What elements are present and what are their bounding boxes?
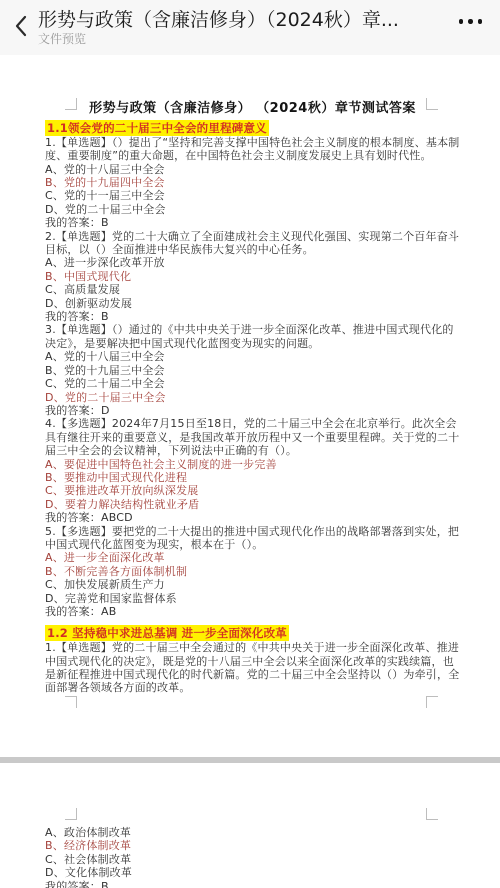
option-line: D、党的二十届三中全会: [45, 203, 460, 216]
section-heading-1-2: 1.2 坚持稳中求进总基调 进一步全面深化改革: [45, 625, 460, 641]
ellipsis-icon: [459, 19, 483, 24]
question-kind: 【多选题】: [56, 417, 112, 430]
option-line: D、文化体制改革: [45, 866, 460, 879]
my-answer-line: 我的答案：D: [45, 404, 460, 417]
file-preview-screen: 形势与政策（含廉洁修身）（2024秋）章... 文件预览 形势与政策（含廉洁修身…: [0, 0, 500, 888]
option-line-answer: B、中国式现代化: [45, 270, 460, 283]
option-line-answer: A、要促进中国特色社会主义制度的进一步完善: [45, 458, 460, 471]
question-number: 5.: [45, 525, 56, 538]
question-stem: 5.【多选题】要把党的二十大提出的推进中国式现代化作出的战略部署落到实处，把中国…: [45, 525, 460, 552]
question-block: 3.【单选题】（）通过的《中共中央关于进一步全面深化改革、推进中国式现代化的决定…: [45, 323, 460, 417]
question-block: 1.【单选题】党的二十届三中全会通过的《中共中央关于进一步全面深化改革、推进中国…: [45, 641, 460, 695]
option-line: C、社会体制改革: [45, 853, 460, 866]
app-bar: 形势与政策（含廉洁修身）（2024秋）章... 文件预览: [0, 0, 500, 55]
my-answer-line: 我的答案：ABCD: [45, 511, 460, 524]
option-line: A、党的十八届三中全会: [45, 163, 460, 176]
option-line: A、政治体制改革: [45, 826, 460, 839]
doc-page-2: A、政治体制改革 B、经济体制改革 C、社会体制改革 D、文化体制改革 我的答案…: [45, 826, 460, 888]
my-answer-line: 我的答案：B: [45, 216, 460, 229]
option-line-answer: B、要推动中国式现代化进程: [45, 471, 460, 484]
question-stem: 3.【单选题】（）通过的《中共中央关于进一步全面深化改革、推进中国式现代化的决定…: [45, 323, 460, 350]
question-stem: 1.【单选题】（）提出了“坚持和完善支撑中国特色社会主义制度的根本制度、基本制度…: [45, 136, 460, 163]
page-margin-mark: [65, 808, 77, 820]
question-block: 1.【单选题】（）提出了“坚持和完善支撑中国特色社会主义制度的根本制度、基本制度…: [45, 136, 460, 230]
question-stem: 1.【单选题】党的二十届三中全会通过的《中共中央关于进一步全面深化改革、推进中国…: [45, 641, 460, 695]
title-block: 形势与政策（含廉洁修身）（2024秋）章... 文件预览: [38, 9, 399, 46]
option-line-answer: A、进一步全面深化改革: [45, 551, 460, 564]
page-separator: [0, 757, 500, 763]
my-answer-line: 我的答案：B: [45, 880, 460, 888]
option-line-answer: B、经济体制改革: [45, 839, 460, 852]
option-line: C、高质量发展: [45, 283, 460, 296]
section-heading-text: 1.2 坚持稳中求进总基调 进一步全面深化改革: [45, 625, 289, 641]
option-line-answer: D、党的二十届三中全会: [45, 391, 460, 404]
option-line-answer: C、要推进改革开放向纵深发展: [45, 484, 460, 497]
option-line-answer: B、不断完善各方面体制机制: [45, 565, 460, 578]
question-number: 4.: [45, 417, 56, 430]
question-block: 4.【多选题】2024年7月15日至18日，党的二十届三中全会在北京举行。此次全…: [45, 417, 460, 524]
question-kind: 【单选题】: [56, 641, 112, 654]
question-number: 3.: [45, 323, 56, 336]
question-kind: 【多选题】: [56, 525, 112, 538]
section-heading-1-1: 1.1领会党的二十届三中全会的里程碑意义: [45, 120, 460, 136]
my-answer-line: 我的答案：AB: [45, 605, 460, 618]
doc-title: 形势与政策（含廉洁修身） （2024秋）章节测试答案: [45, 100, 460, 117]
page-margin-mark: [426, 808, 438, 820]
page-margin-mark: [65, 696, 77, 708]
question-number: 2.: [45, 230, 56, 243]
question-number: 1.: [45, 136, 56, 149]
option-line-answer: D、要着力解决结构性就业矛盾: [45, 498, 460, 511]
doc-page-1: 形势与政策（含廉洁修身） （2024秋）章节测试答案 1.1领会党的二十届三中全…: [45, 100, 460, 695]
option-line: B、党的十九届三中全会: [45, 364, 460, 377]
more-options-button[interactable]: [455, 13, 487, 30]
question-block: 2.【单选题】党的二十大确立了全面建成社会主义现代化强国、实现第二个百年奋斗目标…: [45, 230, 460, 324]
back-button[interactable]: [4, 8, 38, 48]
question-stem: 4.【多选题】2024年7月15日至18日，党的二十届三中全会在北京举行。此次全…: [45, 417, 460, 457]
page-subtitle: 文件预览: [38, 32, 399, 46]
option-line: C、党的十一届三中全会: [45, 189, 460, 202]
document-viewer[interactable]: 形势与政策（含廉洁修身） （2024秋）章节测试答案 1.1领会党的二十届三中全…: [0, 55, 500, 888]
option-line: D、创新驱动发展: [45, 297, 460, 310]
question-stem: 2.【单选题】党的二十大确立了全面建成社会主义现代化强国、实现第二个百年奋斗目标…: [45, 230, 460, 257]
option-line: D、完善党和国家监督体系: [45, 592, 460, 605]
option-line: A、进一步深化改革开放: [45, 256, 460, 269]
question-kind: 【单选题】: [56, 230, 112, 243]
my-answer-line: 我的答案：B: [45, 310, 460, 323]
option-line: C、加快发展新质生产力: [45, 578, 460, 591]
question-number: 1.: [45, 641, 56, 654]
question-kind: 【单选题】: [56, 136, 112, 149]
section-heading-text: 1.1领会党的二十届三中全会的里程碑意义: [45, 120, 269, 136]
page-title: 形势与政策（含廉洁修身）（2024秋）章...: [38, 9, 399, 31]
question-block: 5.【多选题】要把党的二十大提出的推进中国式现代化作出的战略部署落到实处，把中国…: [45, 525, 460, 619]
option-line: A、党的十八届三中全会: [45, 350, 460, 363]
page-margin-mark: [426, 696, 438, 708]
chevron-left-icon: [15, 15, 27, 40]
option-line: C、党的二十届二中全会: [45, 377, 460, 390]
option-line-answer: B、党的十九届四中全会: [45, 176, 460, 189]
question-kind: 【单选题】: [56, 323, 112, 336]
